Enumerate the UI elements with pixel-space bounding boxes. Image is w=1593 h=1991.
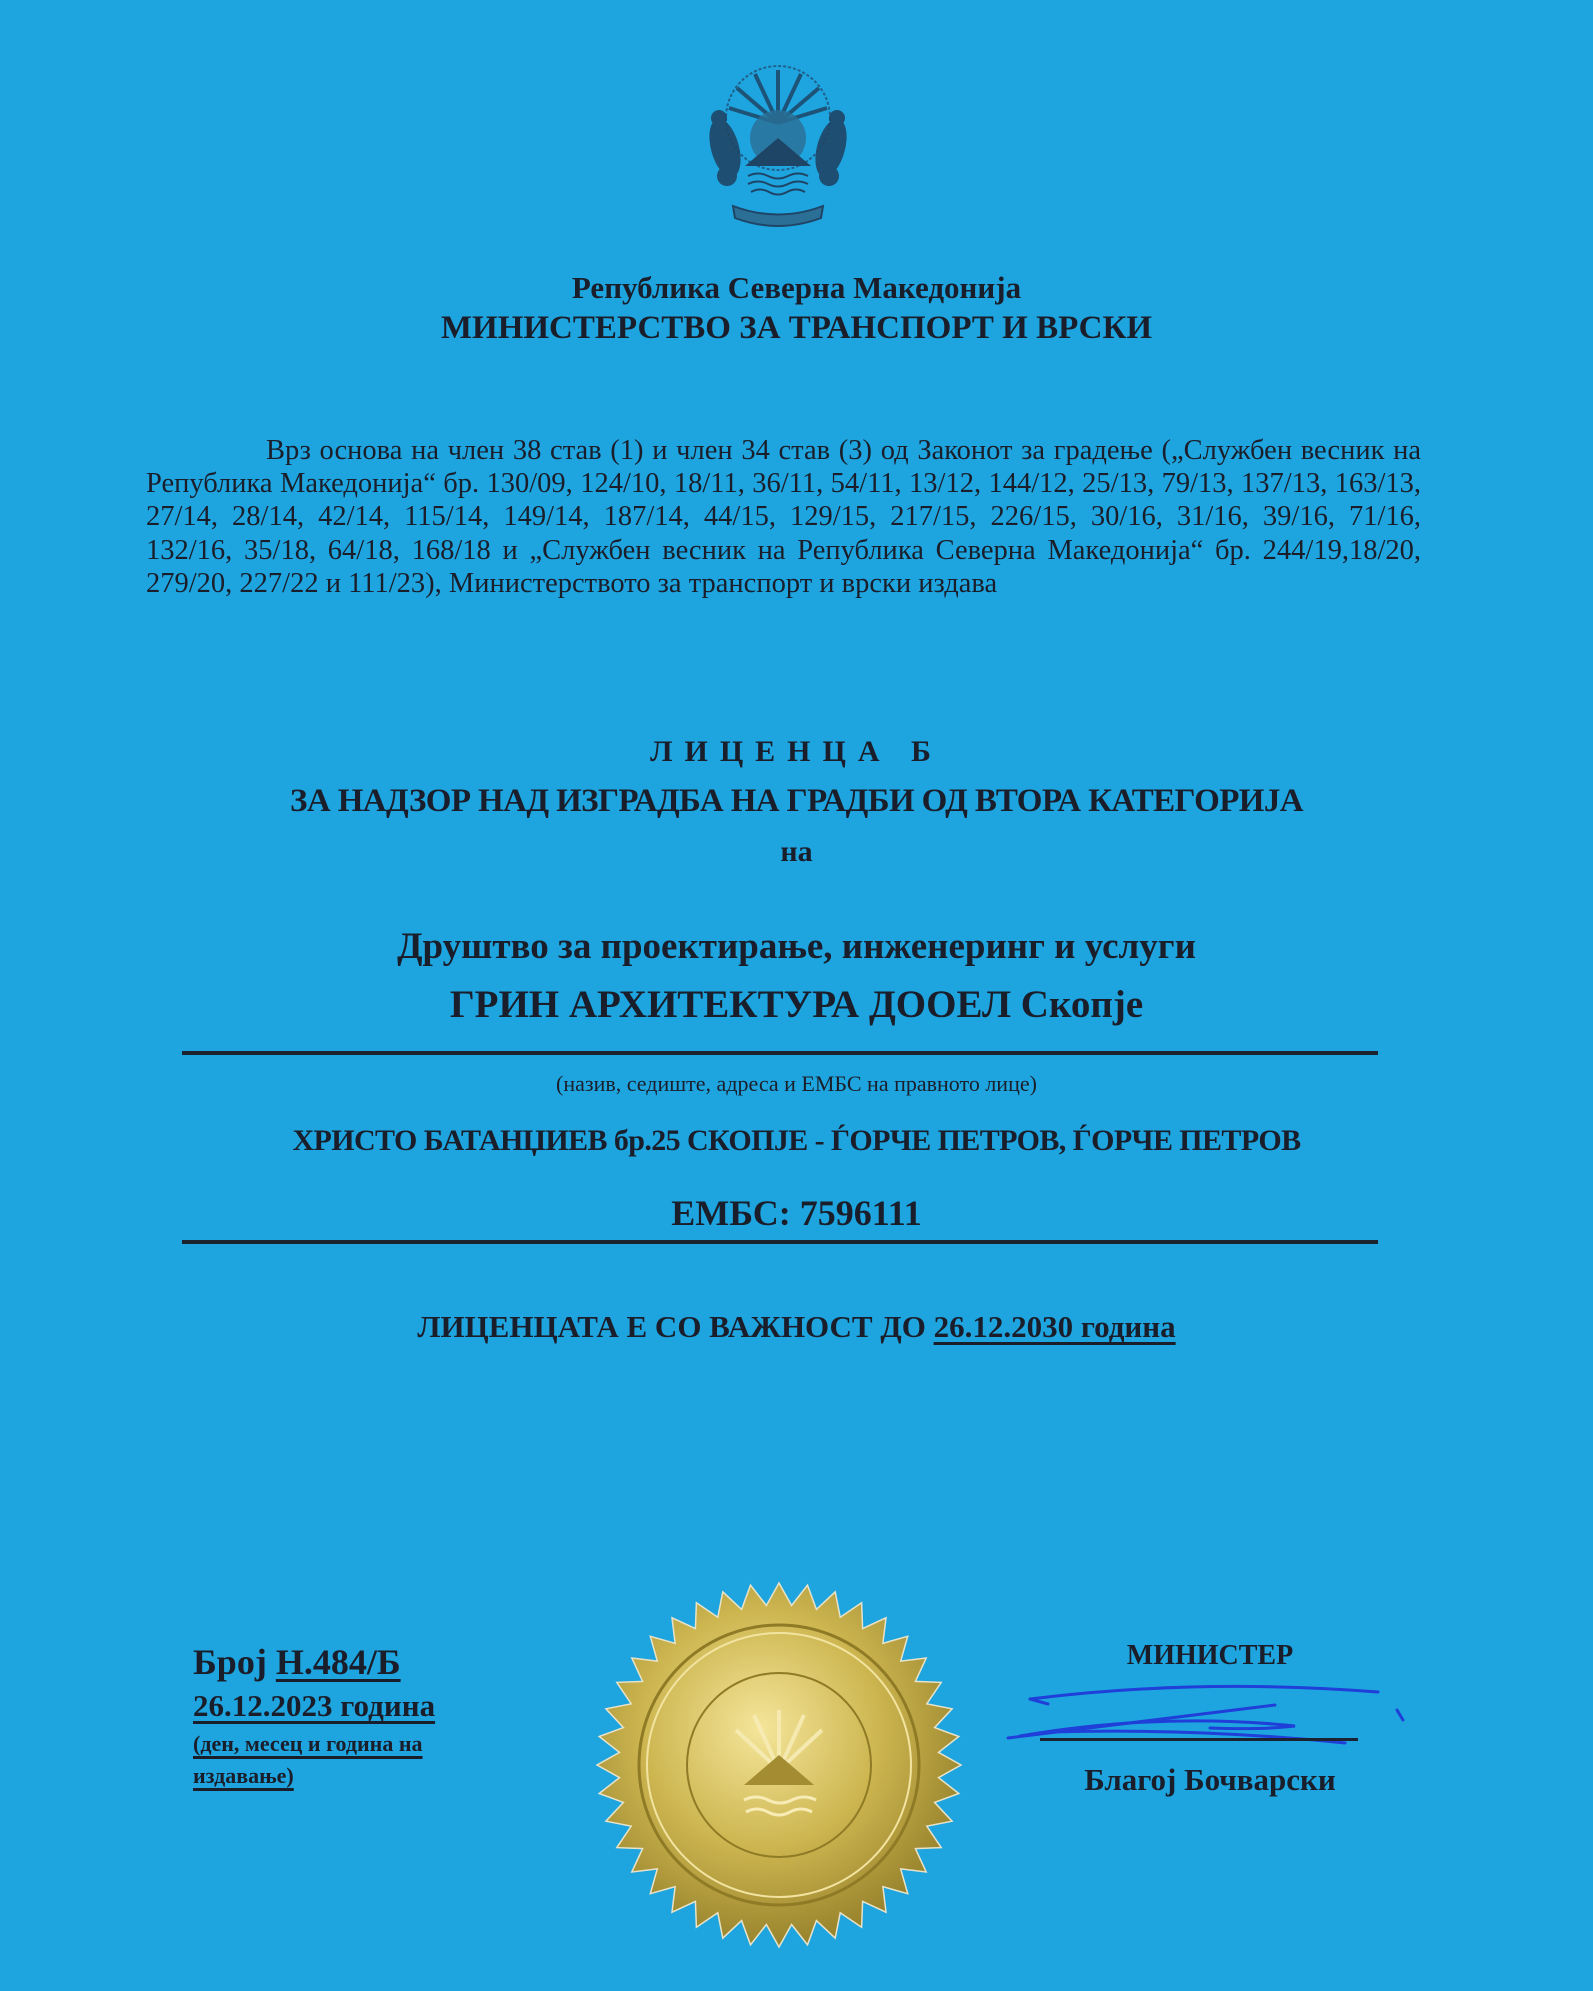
company-type: Друштво за проектирање, инженеринг и усл… [0,925,1593,968]
issue-number: Н.484/Б [276,1642,401,1682]
coat-of-arms-icon [693,48,863,230]
signature-line [1040,1738,1358,1741]
issue-number-label: Број [193,1642,276,1682]
company-name: ГРИН АРХИТЕКТУРА ДООЕЛ Скопје [0,982,1593,1027]
signer-name: Благој Бочварски [1000,1762,1420,1798]
issue-date-note: (ден, месец и година на издавање) [193,1728,513,1792]
legal-preamble: Врз основа на член 38 став (1) и член 34… [146,434,1421,600]
preamble-line: Врз основа на член 38 став (1) и член 34… [266,435,1153,466]
divider [182,1051,1378,1055]
validity-prefix: ЛИЦЕНЦАТА Е СО ВАЖНОСТ ДО [417,1309,933,1344]
gold-seal-icon [594,1580,964,1950]
company-address: ХРИСТО БАТАНЏИЕВ бр.25 СКОПЈЕ - ЃОРЧЕ ПЕ… [0,1124,1593,1158]
validity-date: 26.12.2030 година [934,1309,1176,1344]
license-subtitle: ЗА НАДЗОР НАД ИЗГРАДБА НА ГРАДБИ ОД ВТОР… [0,783,1593,820]
minister-title: МИНИСТЕР [1000,1640,1420,1672]
company-caption: (назив, седиште, адреса и ЕМБС на правно… [0,1071,1593,1097]
license-title: ЛИЦЕНЦА Б [0,735,1593,769]
issue-number-line: Број Н.484/Б [193,1640,513,1684]
issue-block: Број Н.484/Б 26.12.2023 година (ден, мес… [193,1640,513,1792]
divider [182,1240,1378,1244]
preamble-line: 168/18 и „Службен весник на Република Се… [412,535,1421,566]
preamble-line: 279/20, 227/22 и 111/23), Министерството… [146,568,997,599]
company-embs: ЕМБС: 7596111 [0,1192,1593,1234]
validity-statement: ЛИЦЕНЦАТА Е СО ВАЖНОСТ ДО 26.12.2030 год… [0,1309,1593,1345]
ministry-name: МИНИСТЕРСТВО ЗА ТРАНСПОРТ И ВРСКИ [0,310,1593,347]
license-on: на [0,835,1593,869]
country-name: Република Северна Македонија [0,270,1593,306]
issue-date: 26.12.2023 година [193,1684,513,1728]
